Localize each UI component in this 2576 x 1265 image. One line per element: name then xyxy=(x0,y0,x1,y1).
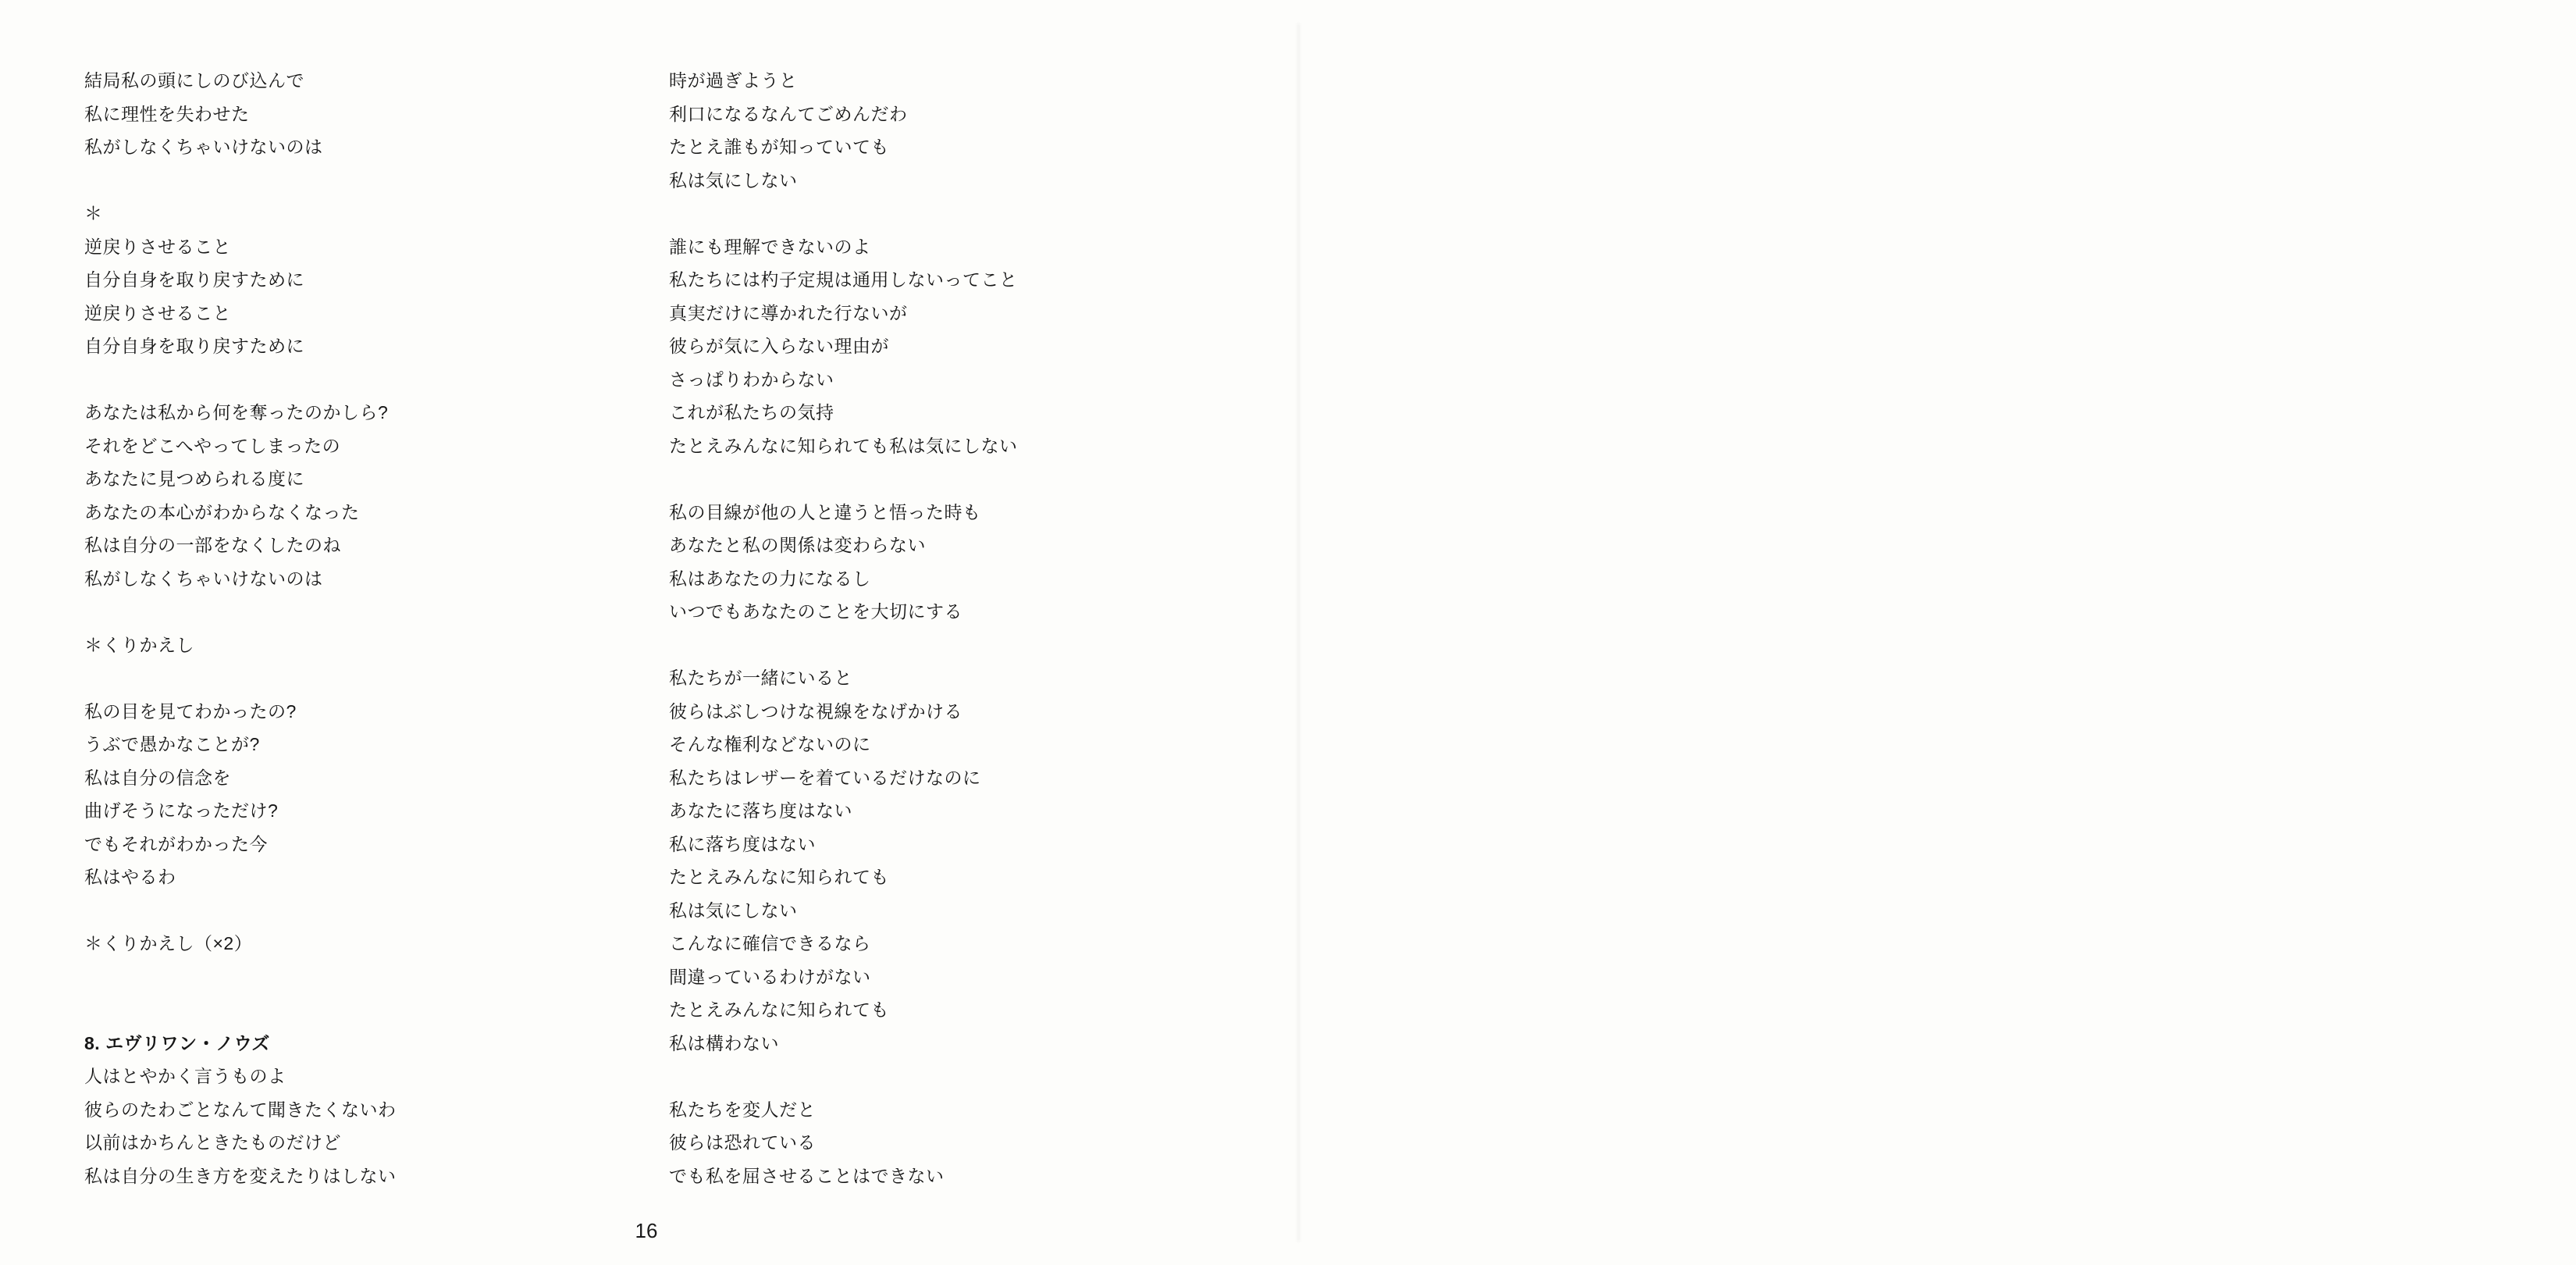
booklet-spread: 結局私の頭にしのび込んで私に理性を失わせた私がしなくちゃいけないのは ＊逆戻りさ… xyxy=(0,0,2576,1265)
lyric-line: 私はやるわ xyxy=(84,861,397,894)
lyric-line: 私は構わない xyxy=(669,1027,1018,1060)
lyric-line: たとえ誰もが知っていても xyxy=(669,130,1018,164)
lyric-line: 私の目を見てわかったの? xyxy=(84,695,397,729)
lyric-line: 曲げそうになっただけ? xyxy=(84,794,397,828)
lyric-line: あなたの本心がわからなくなった xyxy=(84,496,397,529)
lyric-line: こんなに確信できるなら xyxy=(669,927,1018,960)
lyric-line: でも私を屈させることはできない xyxy=(669,1160,1018,1193)
lyric-line: 私たちが一緒にいると xyxy=(669,661,1018,695)
lyric-line: これが私たちの気持 xyxy=(669,396,1018,429)
lyric-line: 私たちを変人だと xyxy=(669,1093,1018,1127)
lyric-line: 私がしなくちゃいけないのは xyxy=(84,130,397,164)
lyric-line: ＊くりかえし xyxy=(84,629,397,662)
lyric-line: あなたは私から何を奪ったのかしら? xyxy=(84,396,397,429)
lyric-line: 彼らはぶしつけな視線をなげかける xyxy=(669,695,1018,729)
lyric-line: 私は自分の一部をなくしたのね xyxy=(84,529,397,562)
lyric-line: あなたに見つめられる度に xyxy=(84,462,397,496)
lyric-line: 真実だけに導かれた行ないが xyxy=(669,297,1018,330)
lyric-line: 逆戻りさせること xyxy=(84,297,397,330)
lyric-line: 私に理性を失わせた xyxy=(84,98,397,131)
lyric-line: 彼らは恐れている xyxy=(669,1126,1018,1160)
lyric-line: 逆戻りさせること xyxy=(84,230,397,264)
lyric-line: 私たちには杓子定規は通用しないってこと xyxy=(669,263,1018,297)
lyric-line: 私の目線が他の人と違うと悟った時も xyxy=(669,496,1018,529)
lyric-line: いつでもあなたのことを大切にする xyxy=(669,595,1018,629)
lyric-line: あなたに落ち度はない xyxy=(669,794,1018,828)
lyric-line: 彼らのたわごとなんて聞きたくないわ xyxy=(84,1093,397,1127)
lyric-line: それをどこへやってしまったの xyxy=(84,429,397,463)
lyric-line: うぶで愚かなことが? xyxy=(84,728,397,761)
lyric-line: 彼らが気に入らない理由が xyxy=(669,330,1018,363)
page-gutter-crease xyxy=(1297,23,1300,1242)
lyric-line: 私たちはレザーを着ているだけなのに xyxy=(669,761,1018,795)
lyric-line: 誰にも理解できないのよ xyxy=(669,230,1018,264)
lyric-line: 私はあなたの力になるし xyxy=(669,562,1018,596)
song-title-line: 8. エヴリワン・ノウズ xyxy=(84,1027,397,1060)
page-right: 私はあなたの力になるしいつでもあなたのことを大切にするあなたに落ち度はない私に落… xyxy=(1288,0,2576,1265)
lyric-line: 私は自分の生き方を変えたりはしない xyxy=(84,1160,397,1193)
lyric-line: 私は気にしない xyxy=(669,894,1018,928)
lyric-line: ＊ xyxy=(84,197,397,230)
lyric-line: ＊くりかえし（×2） xyxy=(84,927,397,960)
page-number-left: 16 xyxy=(615,1218,678,1243)
lyric-line: 利口になるなんてごめんだわ xyxy=(669,98,1018,131)
lyric-line: 結局私の頭にしのび込んで xyxy=(84,64,397,98)
lyric-line: たとえみんなに知られても私は気にしない xyxy=(669,429,1018,463)
lyric-line: でもそれがわかった今 xyxy=(84,828,397,861)
lyric-line: 間違っているわけがない xyxy=(669,960,1018,994)
lyric-line: 私は自分の信念を xyxy=(84,761,397,795)
page-left: 結局私の頭にしのび込んで私に理性を失わせた私がしなくちゃいけないのは ＊逆戻りさ… xyxy=(0,0,1288,1265)
lyric-line: さっぱりわからない xyxy=(669,363,1018,397)
lyrics-column: 時が過ぎようと利口になるなんてごめんだわたとえ誰もが知っていても私は気にしない … xyxy=(669,64,1018,1192)
lyric-line: あなたと私の関係は変わらない xyxy=(669,529,1018,562)
lyric-line: たとえみんなに知られても xyxy=(669,861,1018,894)
lyrics-column: 結局私の頭にしのび込んで私に理性を失わせた私がしなくちゃいけないのは ＊逆戻りさ… xyxy=(84,64,397,1192)
lyric-line: 自分自身を取り戻すために xyxy=(84,330,397,363)
lyric-line: 時が過ぎようと xyxy=(669,64,1018,98)
lyric-line: そんな権利などないのに xyxy=(669,728,1018,761)
lyric-line: 人はとやかく言うものよ xyxy=(84,1060,397,1093)
lyric-line: 以前はかちんときたものだけど xyxy=(84,1126,397,1160)
lyric-line: 私は気にしない xyxy=(669,164,1018,198)
lyric-line: たとえみんなに知られても xyxy=(669,993,1018,1027)
lyric-line: 私がしなくちゃいけないのは xyxy=(84,562,397,596)
lyric-line: 私に落ち度はない xyxy=(669,828,1018,861)
lyric-line: 自分自身を取り戻すために xyxy=(84,263,397,297)
